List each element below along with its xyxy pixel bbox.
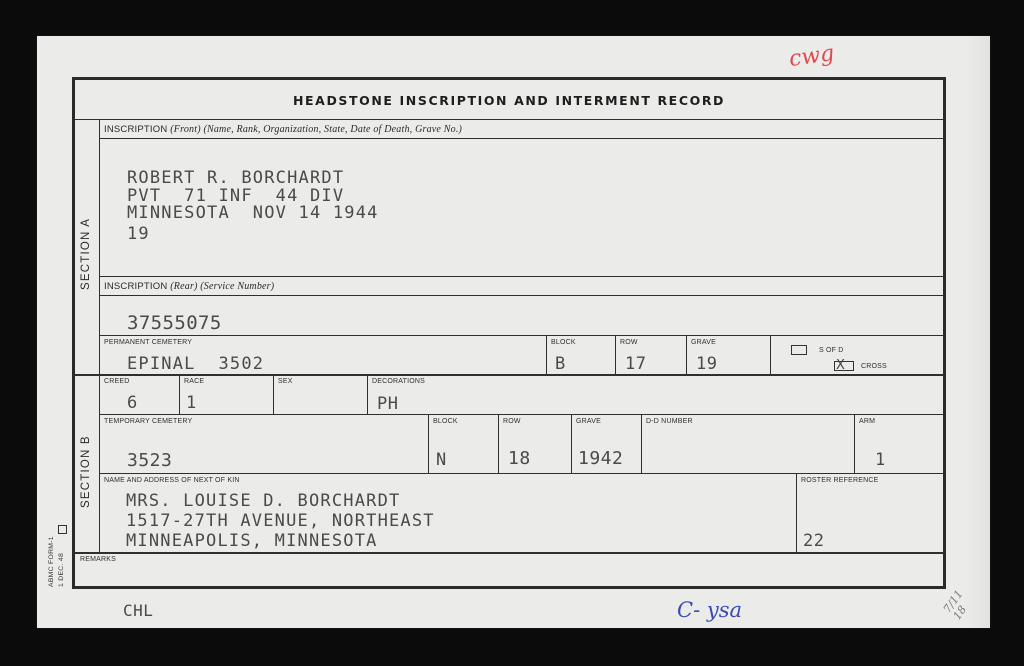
inscription-front-line-1: ROBERT R. BORCHARDT bbox=[127, 169, 344, 187]
race-label: RACE bbox=[184, 378, 204, 385]
form-title: HEADSTONE INSCRIPTION AND INTERMENT RECO… bbox=[75, 80, 943, 119]
form-number-label: ABMC FORM-1 bbox=[48, 536, 55, 587]
inscription-front-label: INSCRIPTION (Front) (Name, Rank, Organiz… bbox=[104, 124, 462, 135]
next-of-kin-line-1: MRS. LOUISE D. BORCHARDT bbox=[126, 492, 400, 510]
cross-label: CROSS bbox=[861, 363, 887, 370]
s-of-d-checkbox[interactable] bbox=[791, 345, 807, 355]
decorations-label: DECORATIONS bbox=[372, 378, 425, 385]
record-card: cwg ABMC FORM-1 1 DEC. 48 HEADSTONE INSC… bbox=[37, 36, 990, 628]
form-date-label: 1 DEC. 48 bbox=[58, 553, 65, 587]
section-a-label: SECTION A bbox=[80, 218, 92, 290]
pencil-corner-annotation: 7/11 18 bbox=[942, 584, 979, 622]
cross-checkbox[interactable] bbox=[834, 361, 854, 371]
permanent-cemetery-label: PERMANENT CEMETERY bbox=[104, 339, 192, 346]
temporary-cemetery-label: TEMPORARY CEMETERY bbox=[104, 418, 192, 425]
s-of-d-label: S OF D bbox=[819, 347, 844, 354]
service-number: 37555075 bbox=[127, 314, 222, 332]
race-value: 1 bbox=[186, 393, 197, 413]
next-of-kin-line-2: 1517-27TH AVENUE, NORTHEAST bbox=[126, 512, 435, 530]
temp-grave-value: 1942 bbox=[578, 448, 623, 469]
next-of-kin-line-3: MINNEAPOLIS, MINNESOTA bbox=[126, 532, 378, 550]
next-of-kin-label: NAME AND ADDRESS OF NEXT OF KIN bbox=[104, 477, 240, 484]
dd-number-label: D-D NUMBER bbox=[646, 418, 693, 425]
sex-label: SEX bbox=[278, 378, 293, 385]
temp-block-value: N bbox=[436, 450, 447, 470]
inscription-front-line-3: MINNESOTA NOV 14 1944 bbox=[127, 204, 379, 222]
form-margin-checkbox bbox=[58, 525, 67, 534]
perm-block-value: B bbox=[555, 354, 566, 374]
inscription-front-line-4: 19 bbox=[127, 225, 150, 243]
section-b-label: SECTION B bbox=[80, 435, 92, 508]
form-frame: HEADSTONE INSCRIPTION AND INTERMENT RECO… bbox=[72, 77, 946, 589]
form-number: ABMC FORM-1 bbox=[48, 536, 55, 587]
arm-value: 1 bbox=[875, 450, 886, 470]
perm-row-value: 17 bbox=[625, 354, 646, 374]
arm-label: ARM bbox=[859, 418, 875, 425]
creed-value: 6 bbox=[127, 393, 138, 413]
temp-row-value: 18 bbox=[508, 448, 531, 469]
permanent-cemetery-value: EPINAL 3502 bbox=[127, 355, 264, 373]
temp-row-label: ROW bbox=[503, 418, 521, 425]
typed-initials: CHL bbox=[123, 601, 153, 620]
perm-grave-value: 19 bbox=[696, 354, 717, 374]
form-date: 1 DEC. 48 bbox=[58, 553, 65, 587]
temporary-cemetery-value: 3523 bbox=[127, 450, 172, 471]
creed-label: CREED bbox=[104, 378, 130, 385]
roster-reference-label: ROSTER REFERENCE bbox=[801, 477, 879, 484]
roster-reference-value: 22 bbox=[803, 531, 824, 551]
remarks-label: REMARKS bbox=[80, 556, 116, 563]
temp-grave-label: GRAVE bbox=[576, 418, 601, 425]
red-handwritten-annotation: cwg bbox=[787, 41, 835, 72]
inscription-rear-label: INSCRIPTION (Rear) (Service Number) bbox=[104, 281, 274, 292]
perm-row-label: ROW bbox=[620, 339, 638, 346]
decorations-value: PH bbox=[377, 394, 398, 414]
perm-grave-label: GRAVE bbox=[691, 339, 716, 346]
temp-block-label: BLOCK bbox=[433, 418, 458, 425]
perm-block-label: BLOCK bbox=[551, 339, 576, 346]
blue-handwritten-annotation: C- ysa bbox=[677, 598, 742, 622]
